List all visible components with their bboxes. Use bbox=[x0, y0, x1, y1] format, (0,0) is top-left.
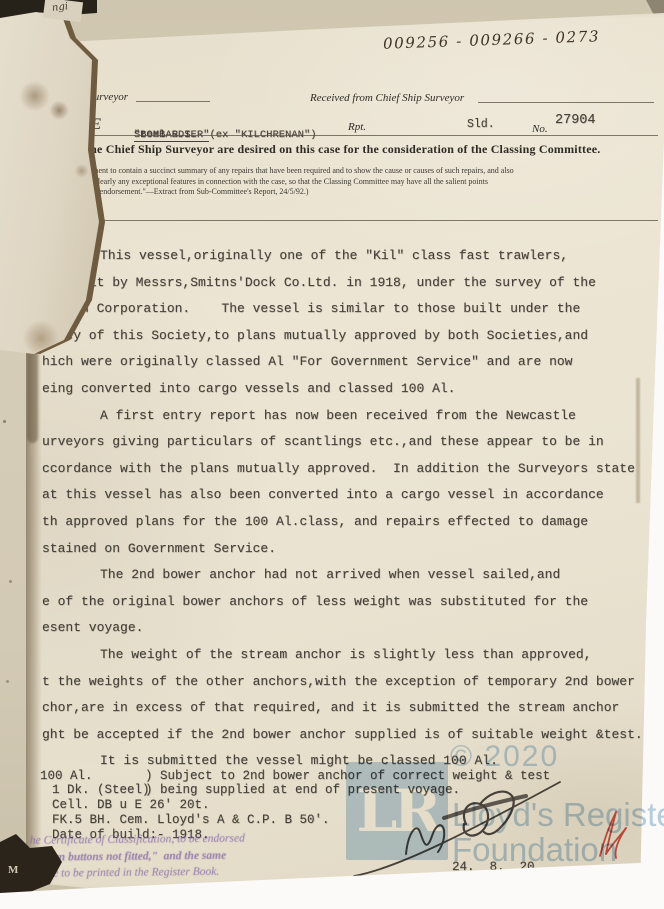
typed-line: t the weights of the other anchors,with … bbox=[42, 674, 635, 689]
footnote-line: presented in the endorsement."—Extract f… bbox=[47, 187, 567, 198]
typed-line: as built by Messrs,Smitns'Dock Co.Ltd. i… bbox=[42, 275, 596, 290]
no-label: No. bbox=[532, 123, 548, 135]
stamp-line-3: notice to be printed in the Register Boo… bbox=[30, 864, 360, 879]
stamp-line-1: he Certificate of Classification, to be … bbox=[30, 831, 360, 846]
received-from-label: Received from Chief Ship Surveyor bbox=[310, 92, 464, 104]
typed-line: ccordance with the plans mutually approv… bbox=[42, 461, 635, 476]
endorsement-footnote: ("The endorsement to contain a succinct … bbox=[47, 166, 567, 198]
typed-line: A first entry report has now been receiv… bbox=[100, 408, 576, 423]
stamp-line-2: "Corrn buttons not fitted," and the same bbox=[30, 848, 360, 863]
scanned-document-page: 009256 - 009266 - 0273 d by Chief Ship S… bbox=[0, 0, 664, 909]
freeboard-line: FK.5 BH. Cem. Lloyd's A & C.P. B 50'. bbox=[52, 813, 330, 827]
red-ink-initials bbox=[594, 806, 630, 862]
footnote-line: to bring out clearly any exceptional fea… bbox=[55, 177, 567, 188]
typed-line: hich were originally classed Al "For Gov… bbox=[42, 354, 573, 369]
typed-line: eing converted into cargo vessels and cl… bbox=[42, 381, 455, 396]
rpt-label: Rpt. bbox=[348, 121, 366, 133]
remarks-heading: emarks of the Chief Ship Surveyor are de… bbox=[30, 142, 600, 157]
typed-line: esent voyage. bbox=[42, 620, 143, 635]
corner-fragment-text: ngi bbox=[51, 1, 68, 14]
typed-line: The 2nd bower anchor had not arrived whe… bbox=[100, 567, 560, 582]
footnote-line: ("The endorsement to contain a succinct … bbox=[47, 166, 567, 177]
survey-line bbox=[80, 220, 658, 221]
edge-fragment-text: M bbox=[8, 864, 18, 876]
typed-line: ght be accepted if the 2nd bower anchor … bbox=[42, 727, 643, 742]
typed-line: th approved plans for the 100 Al.class, … bbox=[42, 514, 588, 529]
cell-db-line: Cell. DB u E 26' 20t. bbox=[52, 798, 210, 812]
report-number: 27904 bbox=[555, 113, 596, 128]
typed-line: stained on Government Service. bbox=[42, 541, 276, 556]
typed-line: urvey of this Society,to plans mutually … bbox=[42, 328, 588, 343]
typed-line: The weight of the stream anchor is sligh… bbox=[100, 647, 591, 662]
typed-line: chor,are in excess of that required, and… bbox=[42, 700, 619, 715]
typed-line: ritish Corporation. The vessel is simila… bbox=[42, 301, 580, 316]
typed-line: at this vessel has also been converted i… bbox=[42, 487, 604, 502]
typed-line: e of the original bower anchors of less … bbox=[42, 594, 588, 609]
fold-line bbox=[636, 378, 640, 503]
deck-notation: 1 Dk. (Steel) bbox=[52, 783, 150, 797]
sld-value: Sld. bbox=[467, 118, 495, 131]
typed-line: It is submitted the vessel might be clas… bbox=[100, 753, 498, 768]
handwritten-catalog-number: 009256 - 009266 - 0273 bbox=[383, 27, 601, 53]
received-from-line bbox=[478, 102, 654, 103]
typed-line: urveyors giving particulars of scantling… bbox=[42, 434, 604, 449]
endorsement-stamp: he Certificate of Classification, to be … bbox=[30, 831, 360, 879]
received-by-line bbox=[136, 101, 210, 102]
report-sheet: 009256 - 009266 - 0273 d by Chief Ship S… bbox=[0, 0, 664, 909]
typed-line: This vessel,originally one of the "Kil" … bbox=[100, 248, 568, 263]
name-row-line bbox=[92, 135, 658, 136]
class-notation: 100 Al. bbox=[40, 769, 93, 783]
